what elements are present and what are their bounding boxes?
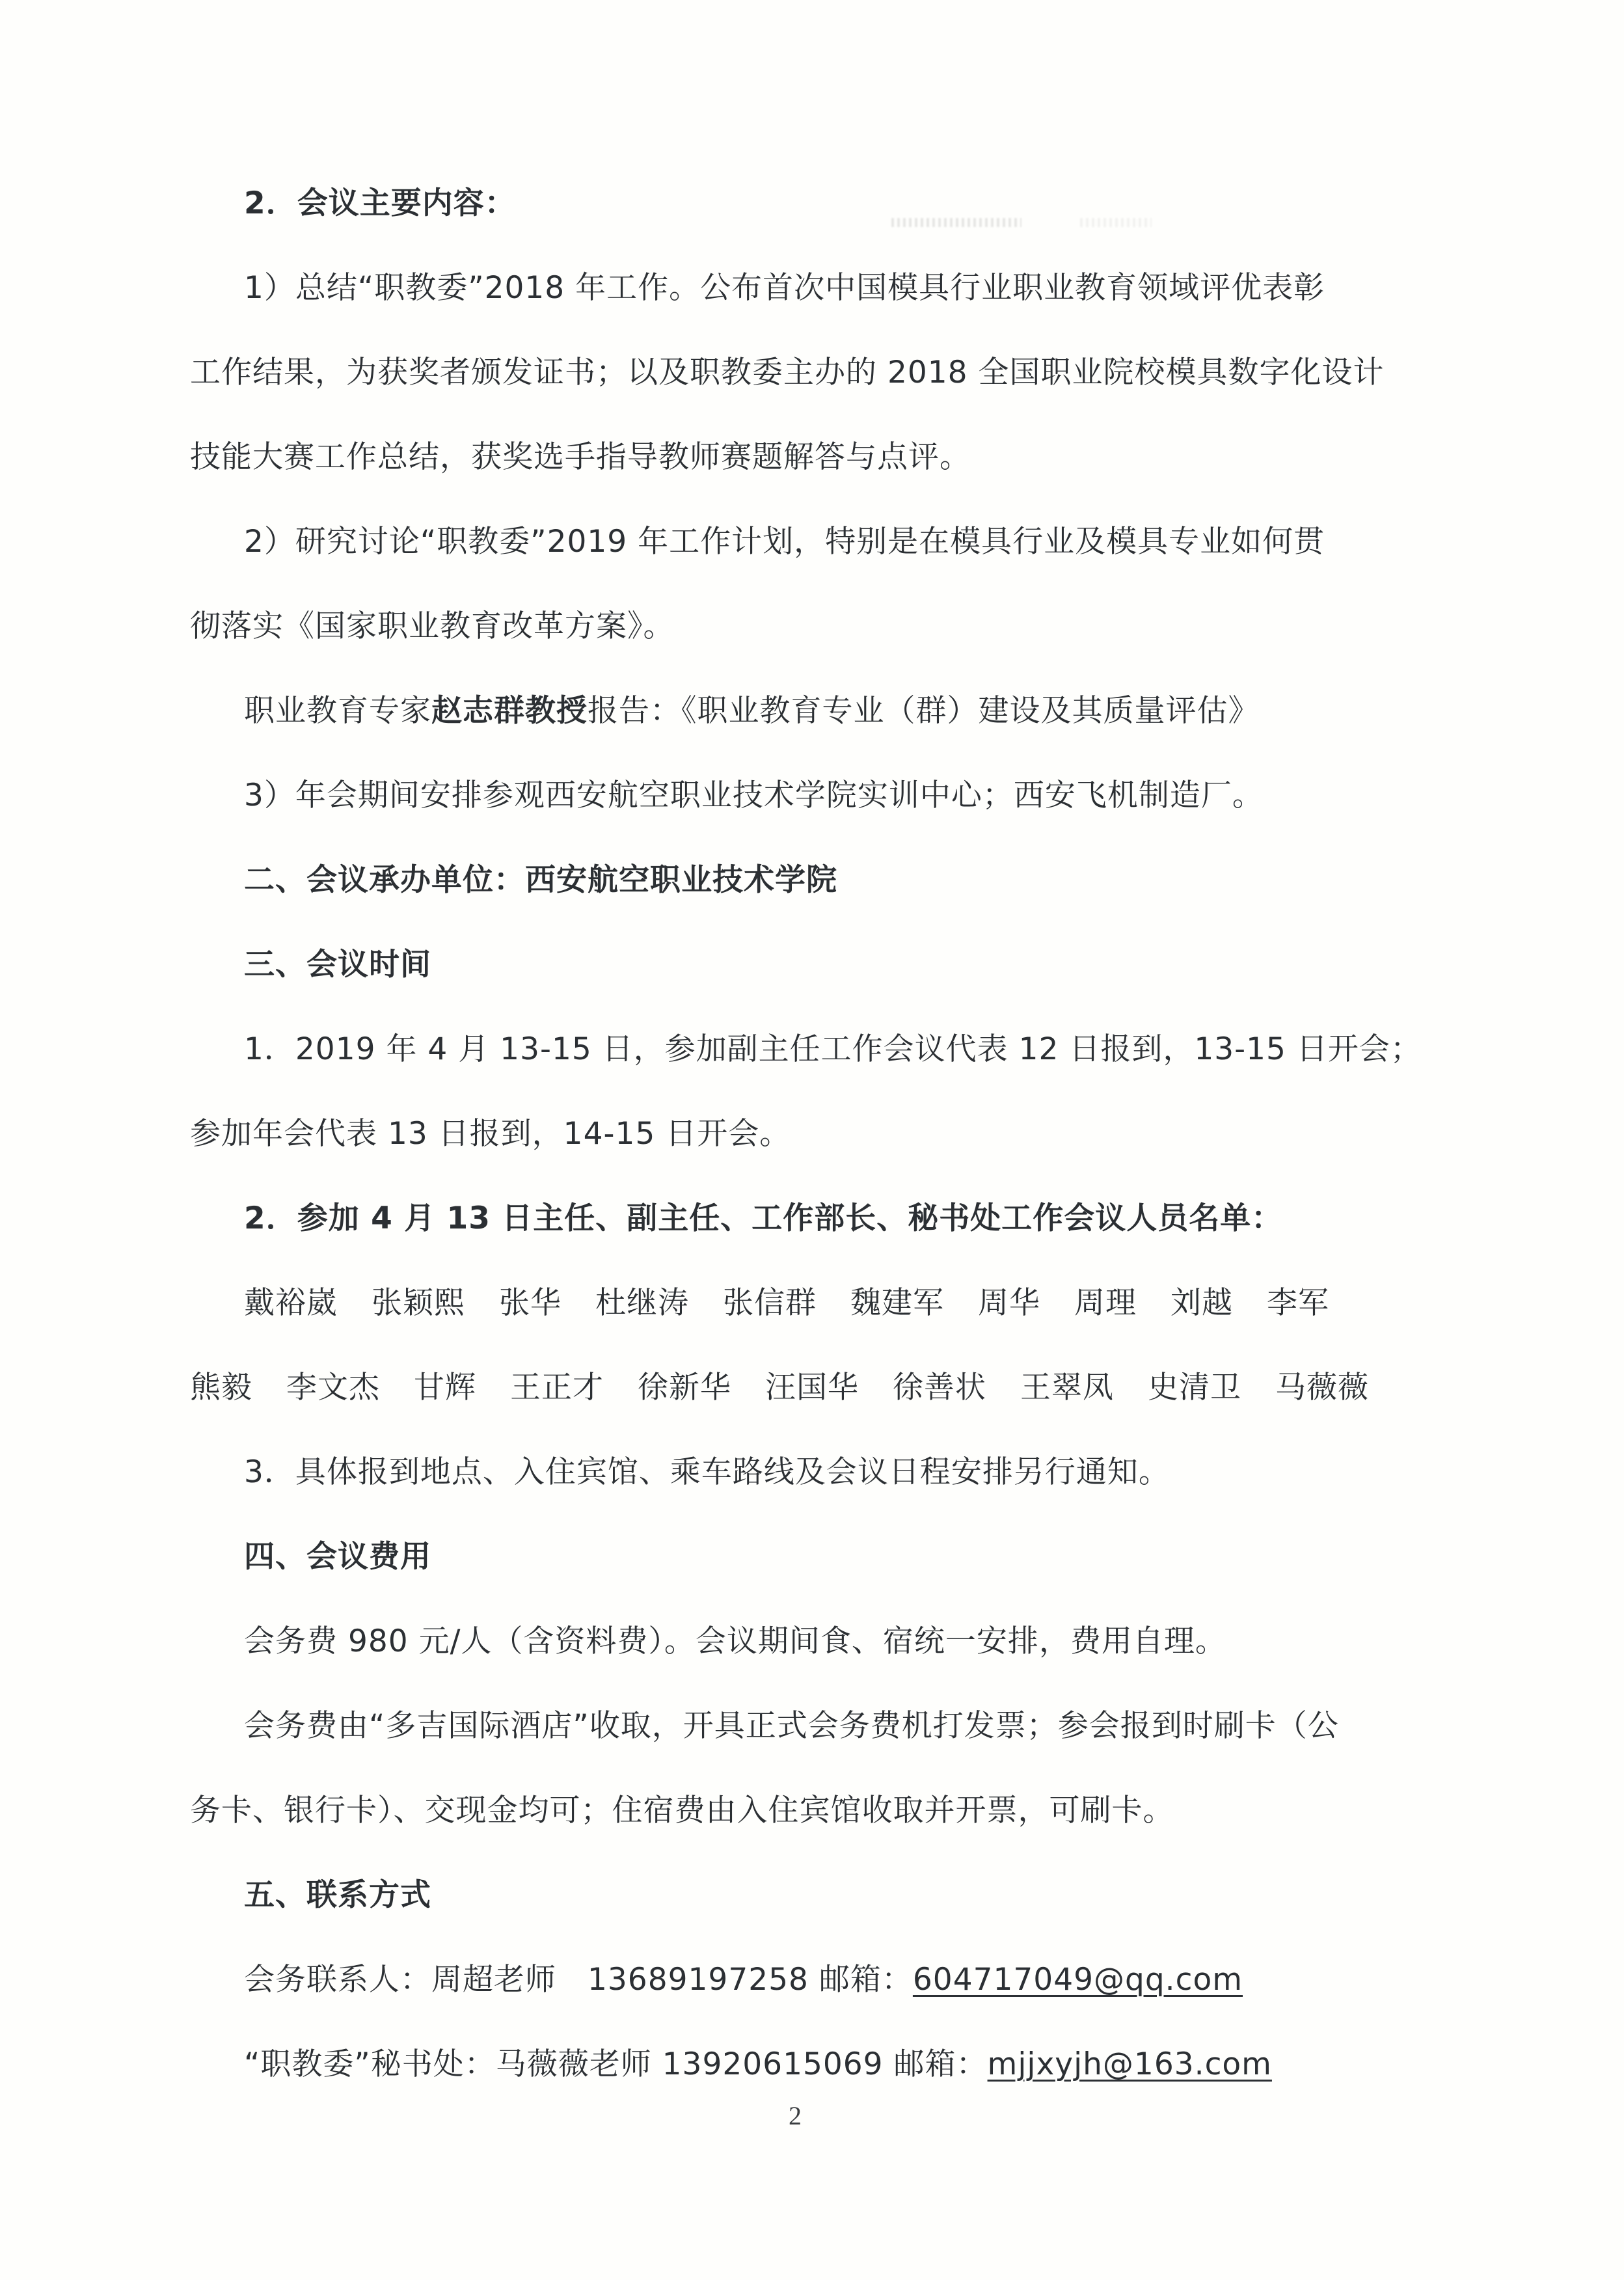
contact-phone: 13920615069	[662, 2046, 884, 2082]
attendee-name: 魏建军	[850, 1261, 944, 1346]
section-heading-main-content: 2．会议主要内容：	[190, 161, 1413, 246]
item3-line: 3）年会期间安排参观西安航空职业技术学院实训中心；西安飞机制造厂。	[190, 753, 1413, 838]
time-point3: 3．具体报到地点、入住宾馆、乘车路线及会议日程安排另行通知。	[190, 1430, 1413, 1515]
expert-name: 赵志群教授	[431, 693, 588, 729]
attendee-name: 周华	[978, 1261, 1040, 1346]
page-number: 2	[789, 2100, 802, 2131]
attendee-name: 张颖熙	[372, 1261, 465, 1346]
attendee-name: 杜继涛	[595, 1261, 689, 1346]
section-heading-host: 二、会议承办单位：西安航空职业技术学院	[190, 838, 1413, 923]
attendee-name: 熊毅	[190, 1346, 252, 1430]
contact-phone: 13689197258	[588, 1962, 809, 1998]
attendee-name: 徐新华	[638, 1346, 731, 1430]
attendee-name: 李军	[1267, 1261, 1329, 1346]
section-heading-fees: 四、会议费用	[190, 1515, 1413, 1599]
document-page: 2．会议主要内容： 1）总结“职教委”2018 年工作。公布首次中国模具行业职业…	[0, 0, 1624, 2280]
attendee-name: 张华	[499, 1261, 562, 1346]
attendee-name: 王正才	[510, 1346, 604, 1430]
attendee-name: 刘越	[1171, 1261, 1233, 1346]
payment-line2: 务卡、银行卡）、交现金均可；住宿费由入住宾馆收取并开票，可刷卡。	[190, 1769, 1413, 1853]
attendee-name: 李文杰	[286, 1346, 380, 1430]
attendee-name: 汪国华	[765, 1346, 859, 1430]
item1-line1: 1）总结“职教委”2018 年工作。公布首次中国模具行业职业教育领域评优表彰	[190, 246, 1413, 331]
contact-line-2: “职教委”秘书处：马薇薇老师 13920615069 邮箱：mjjxyjh@16…	[190, 2022, 1413, 2107]
attendee-name: 戴裕崴	[244, 1261, 338, 1346]
expert-report-line: 职业教育专家赵志群教授报告：《职业教育专业（群）建设及其质量评估》	[190, 669, 1413, 753]
attendee-list-heading: 2．参加 4 月 13 日主任、副主任、工作部长、秘书处工作会议人员名单：	[190, 1176, 1413, 1261]
item2-line1: 2）研究讨论“职教委”2019 年工作计划，特别是在模具行业及模具专业如何贯	[190, 500, 1413, 584]
attendee-row-1: 戴裕崴 张颖熙 张华 杜继涛 张信群 魏建军 周华 周理 刘越 李军	[190, 1261, 1413, 1346]
attendee-name: 甘辉	[414, 1346, 476, 1430]
email-label: 邮箱：	[894, 2046, 988, 2082]
attendee-name: 徐善状	[893, 1346, 986, 1430]
attendee-name: 史清卫	[1148, 1346, 1241, 1430]
time-point1-line2: 参加年会代表 13 日报到，14-15 日开会。	[190, 1092, 1413, 1176]
email-link[interactable]: 604717049@qq.com	[913, 1962, 1243, 1998]
item1-line3: 技能大赛工作总结，获奖选手指导教师赛题解答与点评。	[190, 415, 1413, 500]
fee-line: 会务费 980 元/人（含资料费）。会议期间食、宿统一安排，费用自理。	[190, 1599, 1413, 1684]
contact-label: 会务联系人：周超老师	[244, 1962, 556, 1998]
section-heading-contact: 五、联系方式	[190, 1853, 1413, 1938]
attendee-name: 马薇薇	[1275, 1346, 1369, 1430]
item1-line2: 工作结果，为获奖者颁发证书；以及职教委主办的 2018 全国职业院校模具数字化设…	[190, 331, 1413, 415]
time-point1-line1: 1．2019 年 4 月 13-15 日，参加副主任工作会议代表 12 日报到，…	[190, 1007, 1413, 1092]
item2-line2: 彻落实《国家职业教育改革方案》。	[190, 584, 1413, 669]
section-heading-time: 三、会议时间	[190, 923, 1413, 1007]
contact-label: “职教委”秘书处：马薇薇老师	[244, 2046, 652, 2082]
attendee-row-2: 熊毅 李文杰 甘辉 王正才 徐新华 汪国华 徐善状 王翠凤 史清卫 马薇薇	[190, 1346, 1413, 1430]
document-body: 2．会议主要内容： 1）总结“职教委”2018 年工作。公布首次中国模具行业职业…	[190, 161, 1413, 2107]
payment-line1: 会务费由“多吉国际酒店”收取，开具正式会务费机打发票；参会报到时刷卡（公	[190, 1684, 1413, 1769]
attendee-name: 张信群	[723, 1261, 817, 1346]
attendee-name: 王翠凤	[1020, 1346, 1114, 1430]
email-link[interactable]: mjjxyjh@163.com	[988, 2046, 1272, 2082]
email-label: 邮箱：	[819, 1962, 913, 1998]
contact-line-1: 会务联系人：周超老师 13689197258 邮箱：604717049@qq.c…	[190, 1938, 1413, 2022]
attendee-name: 周理	[1074, 1261, 1137, 1346]
